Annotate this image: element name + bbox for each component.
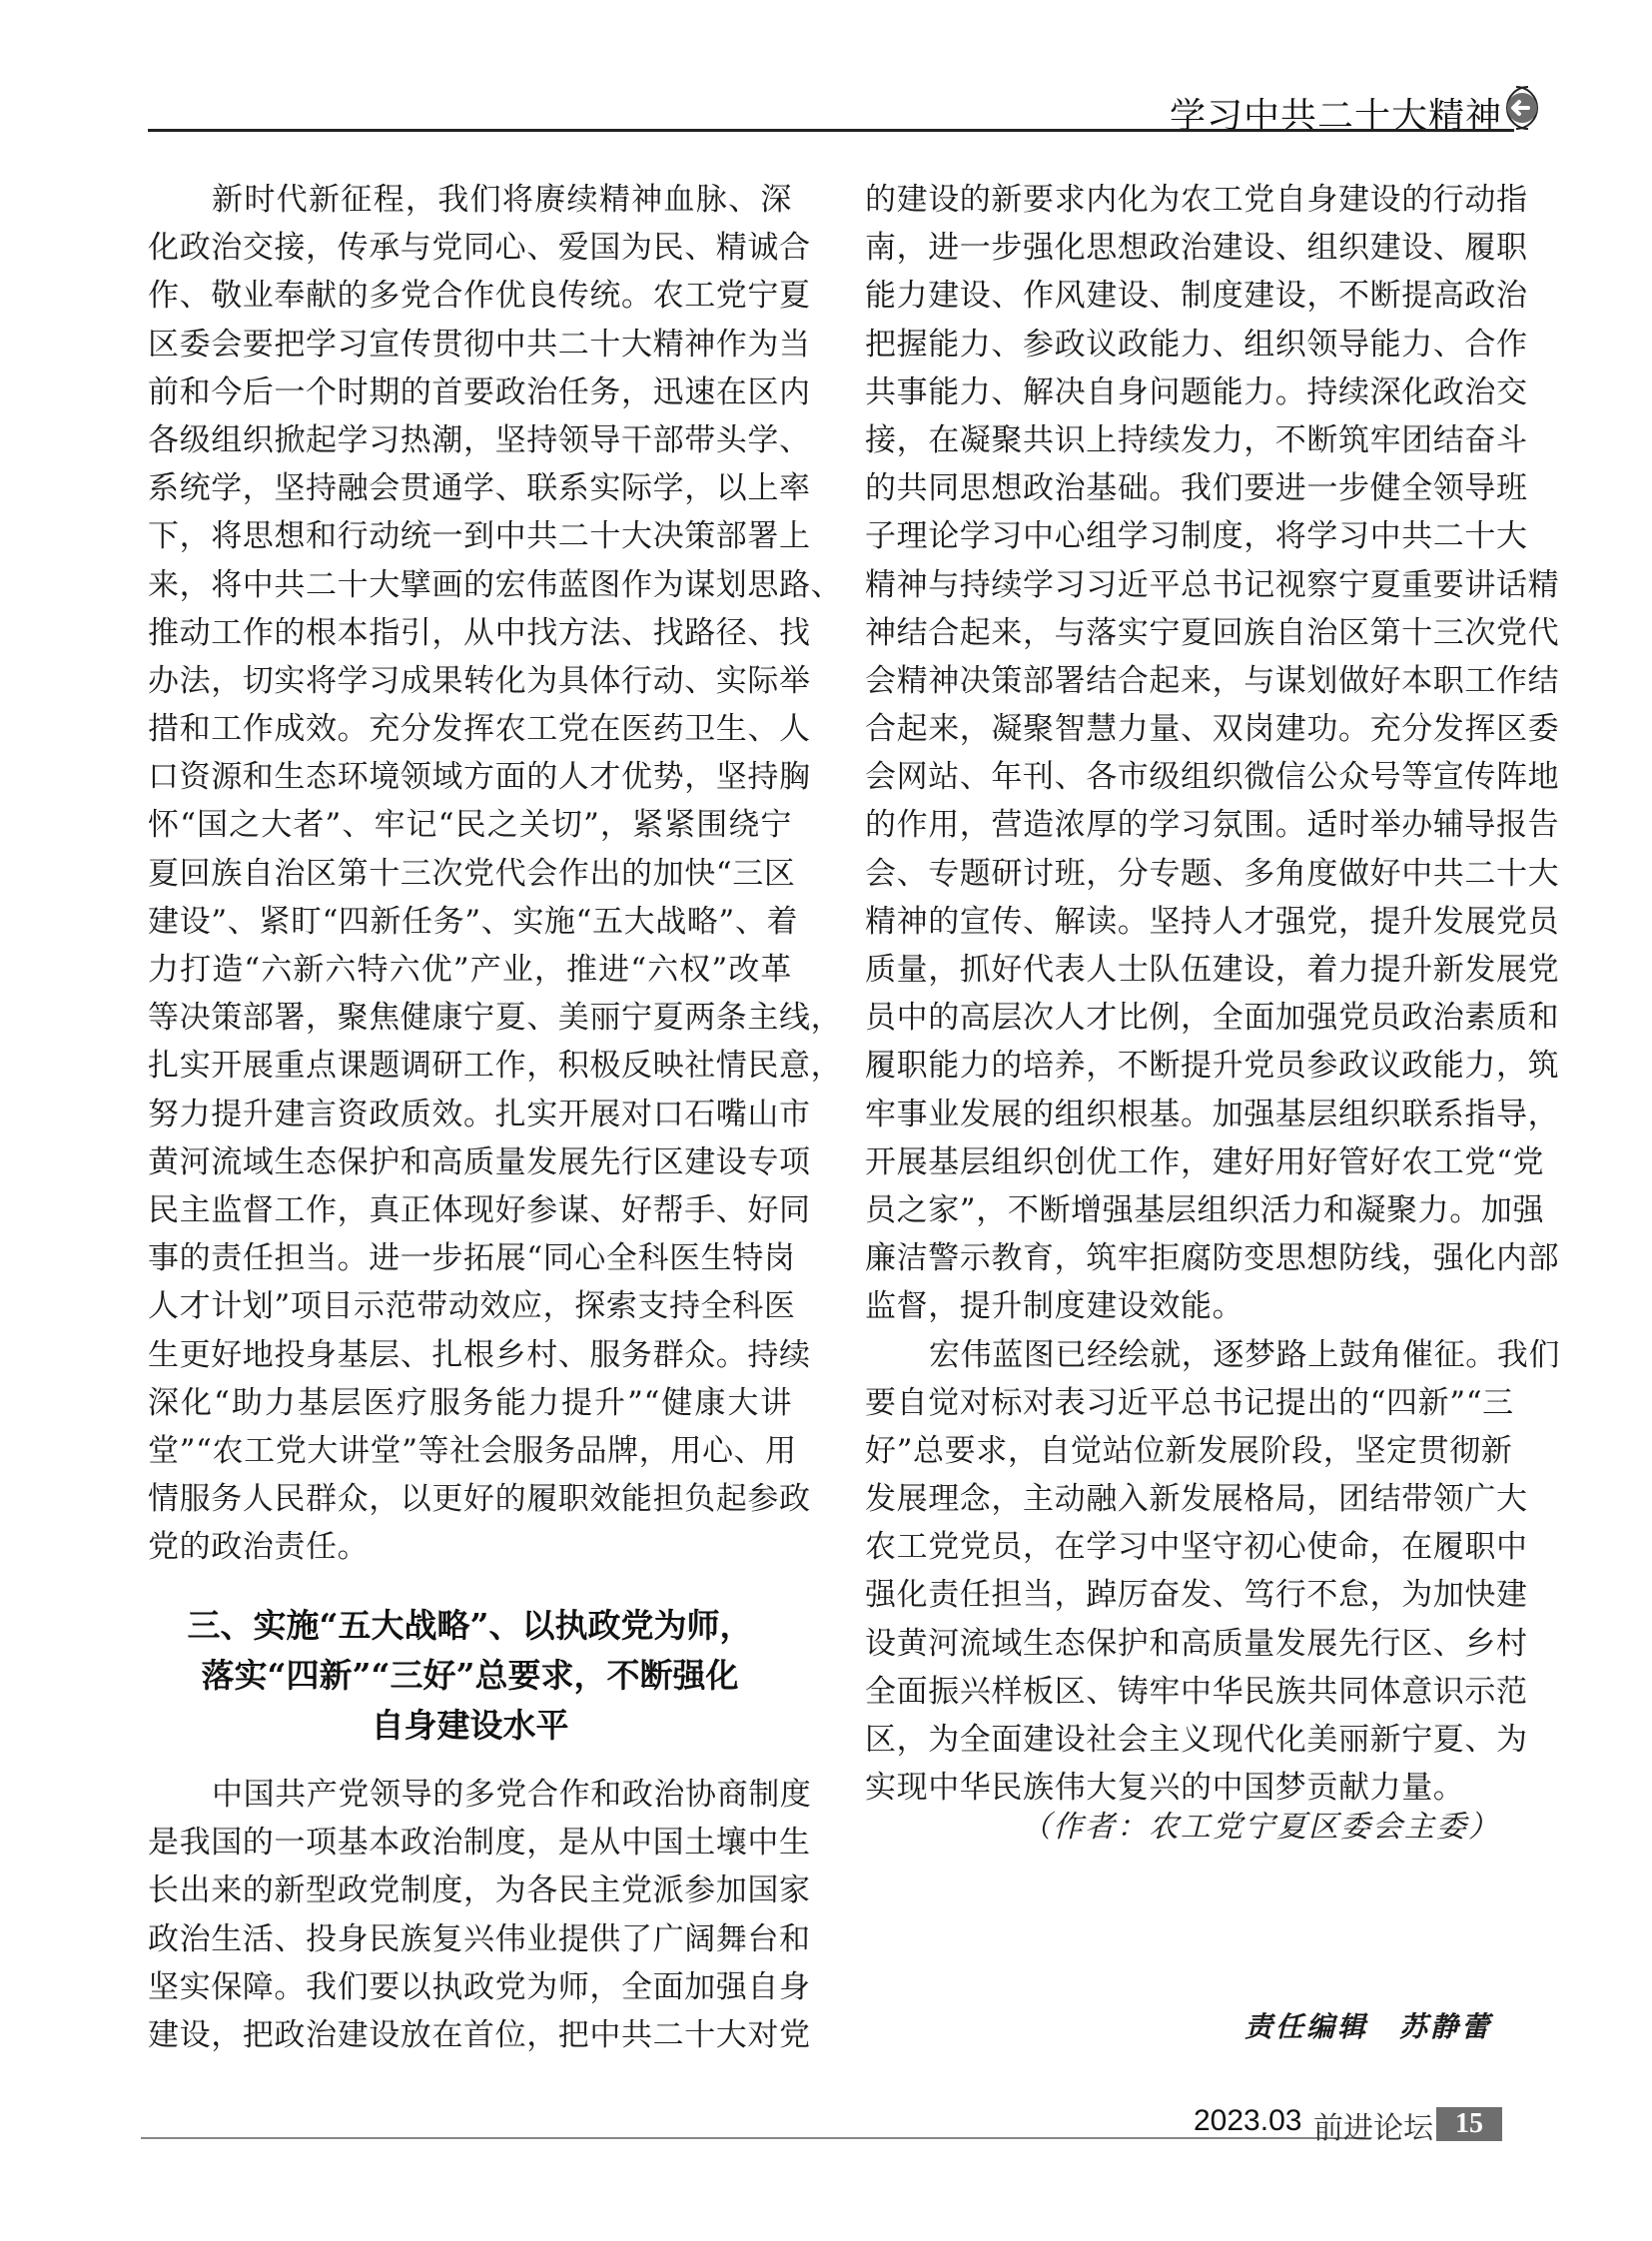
text-line: 建设”、紧盯“四新任务”、实施“五大战略”、着	[148, 898, 792, 946]
text-line: 新时代新征程，我们将赓续精神血脉、深	[148, 176, 792, 224]
text-line: 长出来的新型政党制度，为各民主党派参加国家	[148, 1867, 792, 1914]
text-line: 能力建设、作风建设、制度建设，不断提高政治	[865, 272, 1504, 320]
text-line: 扎实开展重点课题调研工作，积极反映社情民意，	[148, 1042, 792, 1090]
text-line: 的共同思想政治基础。我们要进一步健全领导班	[865, 464, 1504, 512]
text-line: 建设，把政治建设放在首位，把中共二十大对党	[148, 2011, 792, 2059]
heading-line: 自身建设水平	[148, 1701, 792, 1751]
text-line: 民主监督工作，真正体现好参谋、好帮手、好同	[148, 1186, 792, 1234]
text-line: 发展理念，主动融入新发展格局，团结带领广大	[865, 1475, 1504, 1523]
heading-line: 三、实施“五大战略”、以执政党为师，	[148, 1601, 792, 1651]
text-line: 办法，切实将学习成果转化为具体行动、实际举	[148, 657, 792, 705]
back-arrow-circle-icon	[1498, 84, 1546, 132]
text-line: 下，将思想和行动统一到中共二十大决策部署上	[148, 512, 792, 560]
paragraph-3: 宏伟蓝图已经绘就，逐梦路上鼓角催征。我们要自觉对标对表习近平总书记提出的“四新”…	[865, 1331, 1504, 1813]
author-byline: （作者：农工党宁夏区委会主委）	[1021, 1802, 1500, 1846]
responsible-editor: 责任编辑 苏静蕾	[1244, 2005, 1492, 2045]
text-line: 怀“国之大者”、牢记“民之关切”，紧紧围绕宁	[148, 801, 792, 849]
left-column-lower: 中国共产党领导的多党合作和政治协商制度是我国的一项基本政治制度，是从中国土壤中生…	[148, 1771, 792, 2059]
text-line: 质量，抓好代表人士队伍建设，着力提升新发展党	[865, 946, 1504, 994]
paragraph-2-continued: 的建设的新要求内化为农工党自身建设的行动指南，进一步强化思想政治建设、组织建设、…	[865, 176, 1504, 1331]
text-line: 深化“助力基层医疗服务能力提升”“健康大讲	[148, 1379, 792, 1427]
text-line: 区，为全面建设社会主义现代化美丽新宁夏、为	[865, 1716, 1504, 1764]
left-column: 新时代新征程，我们将赓续精神血脉、深化政治交接，传承与党同心、爱国为民、精诚合作…	[148, 176, 792, 1571]
text-line: 各级组织掀起学习热潮，坚持领导干部带头学、	[148, 416, 792, 464]
text-line: 前和今后一个时期的首要政治任务，迅速在区内	[148, 369, 792, 416]
text-line: 党的政治责任。	[148, 1523, 792, 1571]
journal-name: 前进论坛	[1313, 2103, 1433, 2147]
text-line: 员中的高层次人才比例，全面加强党员政治素质和	[865, 994, 1504, 1042]
text-line: 坚实保障。我们要以执政党为师，全面加强自身	[148, 1963, 792, 2011]
text-line: 黄河流域生态保护和高质量发展先行区建设专项	[148, 1138, 792, 1186]
text-line: 堂”“农工党大讲堂”等社会服务品牌，用心、用	[148, 1427, 792, 1475]
text-line: 宏伟蓝图已经绘就，逐梦路上鼓角催征。我们	[865, 1331, 1504, 1379]
paragraph-2: 中国共产党领导的多党合作和政治协商制度是我国的一项基本政治制度，是从中国土壤中生…	[148, 1771, 792, 2059]
text-line: 推动工作的根本指引，从中找方法、找路径、找	[148, 609, 792, 657]
text-line: 来，将中共二十大擘画的宏伟蓝图作为谋划思路、	[148, 561, 792, 609]
text-line: 共事能力、解决自身问题能力。持续深化政治交	[865, 369, 1504, 416]
text-line: 情服务人民群众，以更好的履职效能担负起参政	[148, 1475, 792, 1523]
text-line: 农工党党员，在学习中坚守初心使命，在履职中	[865, 1523, 1504, 1571]
text-line: 牢事业发展的组织根基。加强基层组织联系指导，	[865, 1091, 1504, 1138]
text-line: 员之家”，不断增强基层组织活力和凝聚力。加强	[865, 1186, 1504, 1234]
right-column: 的建设的新要求内化为农工党自身建设的行动指南，进一步强化思想政治建设、组织建设、…	[865, 176, 1504, 1812]
text-line: 会、专题研讨班，分专题、多角度做好中共二十大	[865, 850, 1504, 898]
text-line: 把握能力、参政议政能力、组织领导能力、合作	[865, 321, 1504, 369]
text-line: 接，在凝聚共识上持续发力，不断筑牢团结奋斗	[865, 416, 1504, 464]
text-line: 口资源和生态环境领域方面的人才优势，坚持胸	[148, 753, 792, 801]
text-line: 作、敬业奉献的多党合作优良传统。农工党宁夏	[148, 272, 792, 320]
text-line: 化政治交接，传承与党同心、爱国为民、精诚合	[148, 224, 792, 272]
text-line: 精神的宣传、解读。坚持人才强党，提升发展党员	[865, 898, 1504, 946]
text-line: 的建设的新要求内化为农工党自身建设的行动指	[865, 176, 1504, 224]
text-line: 廉洁警示教育，筑牢拒腐防变思想防线，强化内部	[865, 1234, 1504, 1282]
text-line: 区委会要把学习宣传贯彻中共二十大精神作为当	[148, 321, 792, 369]
text-line: 等决策部署，聚焦健康宁夏、美丽宁夏两条主线，	[148, 994, 792, 1042]
text-line: 人才计划”项目示范带动效应，探索支持全科医	[148, 1282, 792, 1330]
text-line: 合起来，凝聚智慧力量、双岗建功。充分发挥区委	[865, 705, 1504, 753]
text-line: 强化责任担当，踔厉奋发、笃行不怠，为加快建	[865, 1571, 1504, 1619]
text-line: 会精神决策部署结合起来，与谋划做好本职工作结	[865, 657, 1504, 705]
text-line: 力打造“六新六特六优”产业，推进“六权”改革	[148, 946, 792, 994]
text-line: 事的责任担当。进一步拓展“同心全科医生特岗	[148, 1234, 792, 1282]
section-heading: 三、实施“五大战略”、以执政党为师， 落实“四新”“三好”总要求，不断强化 自身…	[148, 1601, 792, 1751]
text-line: 系统学，坚持融会贯通学、联系实际学，以上率	[148, 464, 792, 512]
text-line: 会网站、年刊、各市级组织微信公众号等宣传阵地	[865, 753, 1504, 801]
text-line: 努力提升建言资政质效。扎实开展对口石嘴山市	[148, 1091, 792, 1138]
text-line: 政治生活、投身民族复兴伟业提供了广阔舞台和	[148, 1915, 792, 1963]
paragraph-1: 新时代新征程，我们将赓续精神血脉、深化政治交接，传承与党同心、爱国为民、精诚合作…	[148, 176, 792, 1571]
text-line: 是我国的一项基本政治制度，是从中国土壤中生	[148, 1819, 792, 1867]
text-line: 夏回族自治区第十三次党代会作出的加快“三区	[148, 850, 792, 898]
text-line: 开展基层组织创优工作，建好用好管好农工党“党	[865, 1138, 1504, 1186]
text-line: 好”总要求，自觉站位新发展阶段，坚定贯彻新	[865, 1427, 1504, 1475]
text-line: 履职能力的培养，不断提升党员参政议政能力，筑	[865, 1042, 1504, 1090]
text-line: 的作用，营造浓厚的学习氛围。适时举办辅导报告	[865, 801, 1504, 849]
text-line: 要自觉对标对表习近平总书记提出的“四新”“三	[865, 1379, 1504, 1427]
text-line: 精神与持续学习习近平总书记视察宁夏重要讲话精	[865, 561, 1504, 609]
text-line: 中国共产党领导的多党合作和政治协商制度	[148, 1771, 792, 1819]
issue-date: 2023.03	[1194, 2104, 1301, 2138]
text-line: 神结合起来，与落实宁夏回族自治区第十三次党代	[865, 609, 1504, 657]
page-number: 15	[1436, 2107, 1502, 2141]
text-line: 南，进一步强化思想政治建设、组织建设、履职	[865, 224, 1504, 272]
text-line: 生更好地投身基层、扎根乡村、服务群众。持续	[148, 1331, 792, 1379]
text-line: 设黄河流域生态保护和高质量发展先行区、乡村	[865, 1620, 1504, 1668]
header-rule	[148, 129, 1514, 132]
footer-rule	[141, 2137, 1365, 2139]
heading-line: 落实“四新”“三好”总要求，不断强化	[148, 1651, 792, 1701]
text-line: 监督，提升制度建设效能。	[865, 1282, 1504, 1330]
text-line: 措和工作成效。充分发挥农工党在医药卫生、人	[148, 705, 792, 753]
text-line: 子理论学习中心组学习制度，将学习中共二十大	[865, 512, 1504, 560]
text-line: 全面振兴样板区、铸牢中华民族共同体意识示范	[865, 1668, 1504, 1716]
